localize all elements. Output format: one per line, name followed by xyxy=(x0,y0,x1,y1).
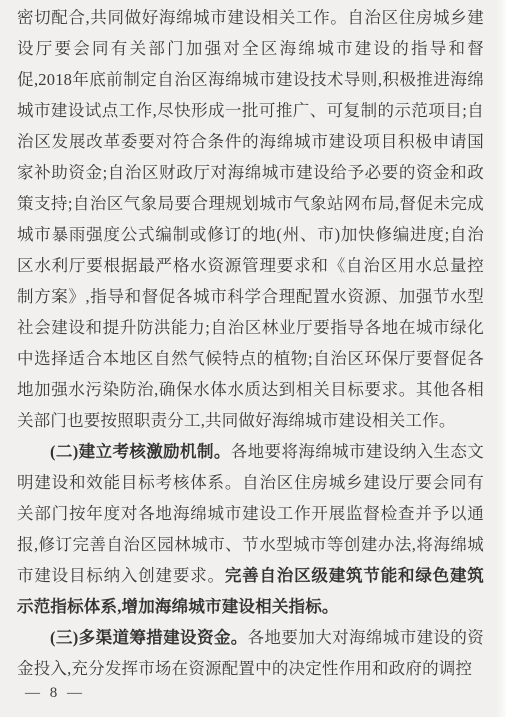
paragraph: (二)建立考核激励机制。各地要将海绵城市建设纳入生态文明建设和效能目标考核体系。… xyxy=(17,436,484,622)
text-run: 各地要将海绵城市建设纳入生态文明建设和效能目标考核体系。自治区住房城乡建设厅要会… xyxy=(17,442,484,585)
paragraph: 密切配合,共同做好海绵城市建设相关工作。自治区住房城乡建设厅要会同有关部门加强对… xyxy=(17,2,484,436)
paragraph: (三)多渠道筹措建设资金。各地要加大对海绵城市建设的资金投入,充分发挥市场在资源… xyxy=(17,622,484,684)
bold-text-run: (三)多渠道筹措建设资金。 xyxy=(50,628,248,647)
document-body: 密切配合,共同做好海绵城市建设相关工作。自治区住房城乡建设厅要会同有关部门加强对… xyxy=(17,2,484,684)
page-number: — 8 — xyxy=(25,683,85,703)
scan-edge xyxy=(496,0,506,717)
document-page: 密切配合,共同做好海绵城市建设相关工作。自治区住房城乡建设厅要会同有关部门加强对… xyxy=(0,0,506,717)
text-run: 密切配合,共同做好海绵城市建设相关工作。自治区住房城乡建设厅要会同有关部门加强对… xyxy=(17,8,484,430)
bold-text-run: (二)建立考核激励机制。 xyxy=(50,442,231,461)
